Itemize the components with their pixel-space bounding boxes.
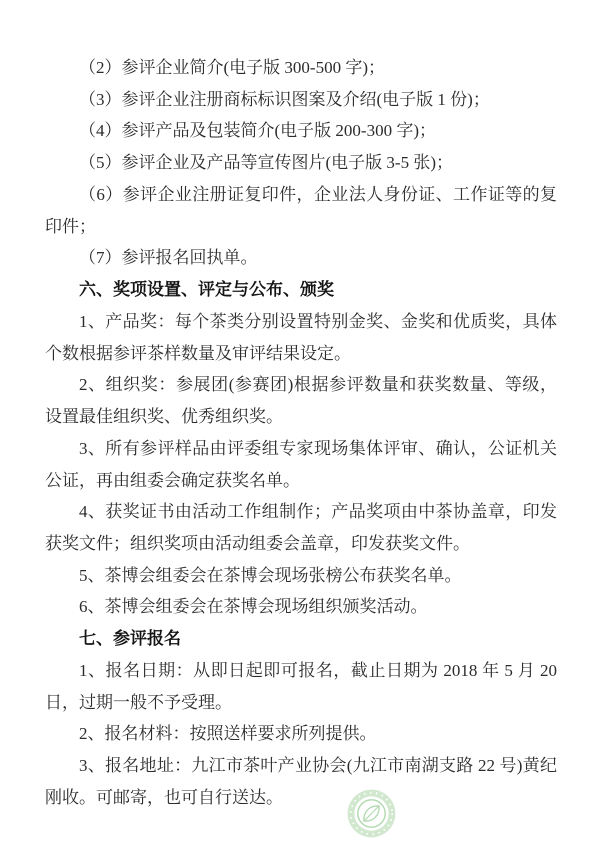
list-item-4: （4）参评产品及包装简介(电子版 200-300 字)； [45, 115, 557, 147]
document-content: （2）参评企业简介(电子版 300-500 字)； （3）参评企业注册商标标识图… [45, 52, 557, 814]
paragraph-signup-2: 2、报名材料：按照送样要求所列提供。 [45, 718, 557, 750]
paragraph-signup-3: 3、报名地址：九江市茶叶产业协会(九江市南湖支路 22 号)黄纪刚收。可邮寄，也… [45, 750, 557, 813]
section-heading-awards: 六、奖项设置、评定与公布、颁奖 [45, 274, 557, 306]
paragraph-award-6: 6、茶博会组委会在茶博会现场组织颁奖活动。 [45, 591, 557, 623]
paragraph-award-2: 2、组织奖：参展团(参赛团)根据参评数量和获奖数量、等级，设置最佳组织奖、优秀组… [45, 369, 557, 432]
list-item-5: （5）参评企业及产品等宣传图片(电子版 3-5 张)； [45, 147, 557, 179]
paragraph-signup-1: 1、报名日期：从即日起即可报名，截止日期为 2018 年 5 月 20 日，过期… [45, 655, 557, 718]
list-item-3: （3）参评企业注册商标标识图案及介绍(电子版 1 份)； [45, 84, 557, 116]
paragraph-award-5: 5、茶博会组委会在茶博会现场张榜公布获奖名单。 [45, 560, 557, 592]
list-item-2: （2）参评企业简介(电子版 300-500 字)； [45, 52, 557, 84]
paragraph-award-1: 1、产品奖：每个茶类分别设置特别金奖、金奖和优质奖，具体个数根据参评茶样数量及审… [45, 306, 557, 369]
list-item-6: （6）参评企业注册证复印件，企业法人身份证、工作证等的复印件； [45, 179, 557, 242]
paragraph-award-3: 3、所有参评样品由评委组专家现场集体评审、确认，公证机关公证，再由组委会确定获奖… [45, 433, 557, 496]
section-heading-signup: 七、参评报名 [45, 623, 557, 655]
list-item-7: （7）参评报名回执单。 [45, 242, 557, 274]
document-page: （2）参评企业简介(电子版 300-500 字)； （3）参评企业注册商标标识图… [0, 0, 603, 859]
paragraph-award-4: 4、获奖证书由活动工作组制作；产品奖项由中茶协盖章，印发获奖文件；组织奖项由活动… [45, 496, 557, 559]
